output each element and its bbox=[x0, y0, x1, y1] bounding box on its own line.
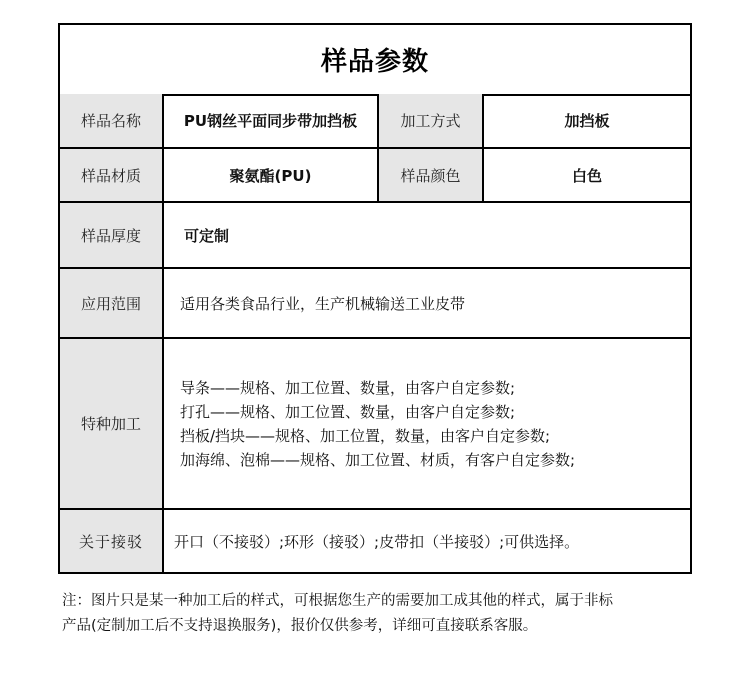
table-title: 样品参数 bbox=[60, 25, 690, 96]
value-special-processing: 导条——规格、加工位置、数量，由客户自定参数; 打孔——规格、加工位置、数量，由… bbox=[164, 339, 690, 508]
footnote-line: 注：图片只是某一种加工后的样式，可根据您生产的需要加工成其他的样式，属于非标 bbox=[62, 589, 702, 614]
value-application-scope: 适用各类食品行业，生产机械输送工业皮带 bbox=[164, 269, 690, 337]
table-row-special-processing: 特种加工 导条——规格、加工位置、数量，由客户自定参数; 打孔——规格、加工位置… bbox=[60, 339, 690, 510]
label-special-processing: 特种加工 bbox=[60, 339, 164, 508]
footnote-line: 产品(定制加工后不支持退换服务)，报价仅供参考，详细可直接联系客服。 bbox=[62, 614, 702, 639]
value-joint-type: 开口（不接驳）;环形（接驳）;皮带扣（半接驳）;可供选择。 bbox=[164, 510, 690, 572]
special-processing-line: 加海绵、泡棉——规格、加工位置、材质，有客户自定参数; bbox=[180, 448, 575, 472]
value-process-method: 加挡板 bbox=[484, 94, 690, 147]
special-processing-line: 导条——规格、加工位置、数量，由客户自定参数; bbox=[180, 376, 515, 400]
table-row-name: 样品名称 PU钢丝平面同步带加挡板 加工方式 加挡板 bbox=[60, 94, 690, 149]
table-row-material: 样品材质 聚氨酯(PU) 样品颜色 白色 bbox=[60, 149, 690, 203]
label-sample-material: 样品材质 bbox=[60, 149, 164, 201]
label-sample-color: 样品颜色 bbox=[379, 149, 484, 201]
special-processing-line: 挡板/挡块——规格、加工位置，数量，由客户自定参数; bbox=[180, 424, 550, 448]
value-sample-color: 白色 bbox=[484, 149, 690, 201]
value-sample-name: PU钢丝平面同步带加挡板 bbox=[164, 94, 379, 147]
sample-parameters-table: 样品参数 样品名称 PU钢丝平面同步带加挡板 加工方式 加挡板 样品材质 聚氨酯… bbox=[58, 23, 692, 574]
label-joint-type: 关于接驳 bbox=[60, 510, 164, 572]
footnote: 注：图片只是某一种加工后的样式，可根据您生产的需要加工成其他的样式，属于非标 产… bbox=[62, 589, 702, 639]
value-sample-thickness: 可定制 bbox=[164, 203, 690, 267]
label-application-scope: 应用范围 bbox=[60, 269, 164, 337]
value-sample-material: 聚氨酯(PU) bbox=[164, 149, 379, 201]
label-process-method: 加工方式 bbox=[379, 94, 484, 147]
label-sample-thickness: 样品厚度 bbox=[60, 203, 164, 267]
table-row-joint: 关于接驳 开口（不接驳）;环形（接驳）;皮带扣（半接驳）;可供选择。 bbox=[60, 510, 690, 572]
table-row-application: 应用范围 适用各类食品行业，生产机械输送工业皮带 bbox=[60, 269, 690, 339]
table-row-thickness: 样品厚度 可定制 bbox=[60, 203, 690, 269]
special-processing-line: 打孔——规格、加工位置、数量，由客户自定参数; bbox=[180, 400, 515, 424]
label-sample-name: 样品名称 bbox=[60, 94, 164, 147]
